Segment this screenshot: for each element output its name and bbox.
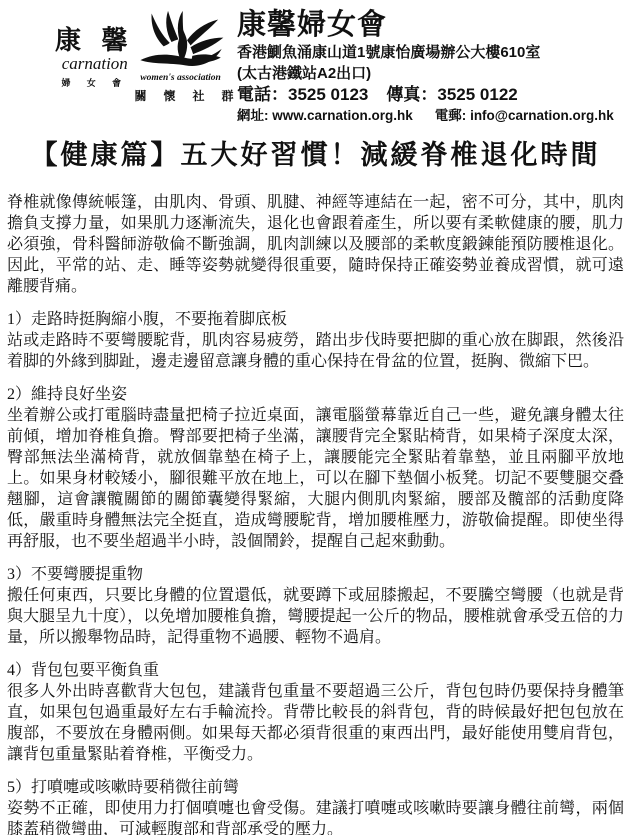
- section-sitting-posture: 2）維持良好坐姿 坐着辦公或打電腦時盡量把椅子拉近桌面，讓電腦螢幕靠近自己一些，…: [7, 384, 624, 552]
- phone-number: 3525 0123: [288, 85, 368, 104]
- phoenix-bird-icon: [135, 10, 227, 74]
- section-heading: 5）打噴嚏或咳嗽時要稍微往前彎: [7, 777, 624, 798]
- org-contact-block: 康馨婦女會 香港鰂魚涌康山道1號康怡廣場辦公大樓610室 (太古港鐵站A2出口)…: [237, 10, 614, 125]
- website-url: www.carnation.org.hk: [272, 108, 413, 123]
- section-body: 搬任何東西，只要比身體的位置還低，就要蹲下或屈膝搬起，不要騰空彎腰（也就是背與大…: [7, 585, 624, 648]
- org-address-line2: (太古港鐵站A2出口): [237, 63, 614, 84]
- section-heading: 4）背包包要平衡負重: [7, 660, 624, 681]
- fax-label: 傳真：: [386, 85, 437, 104]
- section-body: 坐着辦公或打電腦時盡量把椅子拉近桌面，讓電腦螢幕靠近自己一些，避免讓身體太往前傾…: [7, 405, 624, 552]
- logo-text-block: 康 馨 carnation 婦 女 會: [55, 10, 135, 104]
- section-body: 站或走路時不要彎腰駝背，肌肉容易疲勞，踏出步伐時要把脚的重心放在脚跟，然後沿着脚…: [7, 330, 624, 372]
- section-bag-carrying: 4）背包包要平衡負重 很多人外出時喜歡背大包包，建議背包重量不要超過三公斤，背包…: [7, 660, 624, 765]
- section-heading: 1）走路時挺胸縮小腹，不要拖着脚底板: [7, 309, 624, 330]
- logo-chinese-subtitle: 婦 女 會: [55, 76, 135, 89]
- email-address: info@carnation.org.hk: [470, 108, 614, 123]
- logo-english-name: carnation: [55, 55, 135, 74]
- org-logo: 康 馨 carnation 婦 女 會: [55, 10, 223, 104]
- logo-association-english: women's association: [135, 74, 227, 84]
- web-email-line: 網址: www.carnation.org.hk電郵: info@carnati…: [237, 106, 614, 125]
- section-sneezing: 5）打噴嚏或咳嗽時要稍微往前彎 姿勢不正確，即使用力打個噴嚏也會受傷。建議打噴嚏…: [7, 777, 624, 835]
- article-title: 【健康篇】五大好習慣！減緩脊椎退化時間: [7, 139, 624, 171]
- section-walking-posture: 1）走路時挺胸縮小腹，不要拖着脚底板 站或走路時不要彎腰駝背，肌肉容易疲勞，踏出…: [7, 309, 624, 372]
- section-body: 很多人外出時喜歡背大包包，建議背包重量不要超過三公斤，背包包時仍要保持身體筆直，…: [7, 681, 624, 765]
- logo-tagline: 關 懷 社 群: [135, 87, 227, 104]
- org-name: 康馨婦女會: [237, 10, 614, 42]
- section-body: 姿勢不正確，即使用力打個噴嚏也會受傷。建議打噴嚏或咳嗽時要讓身體往前彎，兩個膝蓋…: [7, 798, 624, 835]
- section-heading: 3）不要彎腰提重物: [7, 564, 624, 585]
- document-page: 康 馨 carnation 婦 女 會: [0, 0, 631, 835]
- phone-label: 電話：: [237, 85, 288, 104]
- fax-number: 3525 0122: [437, 85, 517, 104]
- section-heading: 2）維持良好坐姿: [7, 384, 624, 405]
- org-address-line1: 香港鰂魚涌康山道1號康怡廣場辦公大樓610室: [237, 42, 614, 63]
- phone-fax-line: 電話：3525 0123傳真：3525 0122: [237, 84, 614, 106]
- section-lifting: 3）不要彎腰提重物 搬任何東西，只要比身體的位置還低，就要蹲下或屈膝搬起，不要騰…: [7, 564, 624, 648]
- logo-chinese-name: 康 馨: [55, 28, 135, 54]
- logo-emblem-block: women's association 關 懷 社 群: [135, 10, 227, 104]
- intro-paragraph: 脊椎就像傳統帳篷，由肌肉、骨頭、肌腱、神經等連結在一起，密不可分，其中，肌肉擔負…: [7, 192, 624, 297]
- email-label: 電郵:: [435, 108, 467, 123]
- letterhead: 康 馨 carnation 婦 女 會: [7, 0, 624, 112]
- website-label: 網址:: [237, 108, 269, 123]
